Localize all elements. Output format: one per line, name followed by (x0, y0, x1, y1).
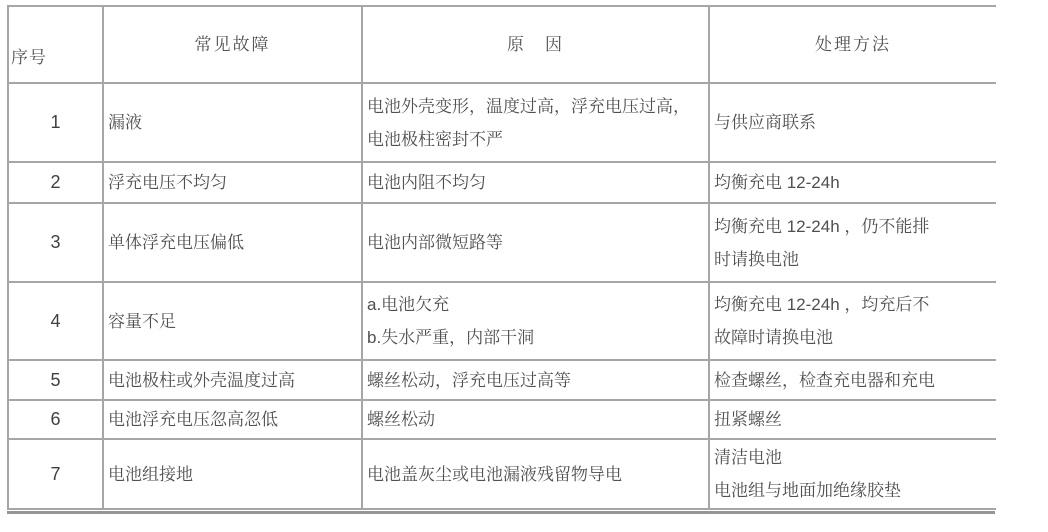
fault-table-container: 序号 常见故障 原 因 处理方法 1 漏液 电池外壳变形，温度过高，浮充电压过高… (7, 5, 995, 514)
cell-cause: 电池外壳变形，温度过高，浮充电压过高， 电池极柱密封不严 (362, 83, 709, 162)
cell-method: 均衡充电 12-24h ，均充后不 故障时请换电池 (709, 282, 996, 360)
cell-method: 扭紧螺丝 (709, 400, 996, 439)
cell-method: 均衡充电 12-24h (709, 162, 996, 203)
cell-cause: 电池内部微短路等 (362, 203, 709, 282)
header-no: 序号 (8, 6, 103, 83)
cell-fault: 电池组接地 (103, 439, 362, 509)
header-fault: 常见故障 (103, 6, 362, 83)
cell-fault: 单体浮充电压偏低 (103, 203, 362, 282)
table-row: 4 容量不足 a.电池欠充 b.失水严重，内部干洞 均衡充电 12-24h ，均… (8, 282, 996, 360)
header-cause: 原 因 (362, 6, 709, 83)
cell-cause: 螺丝松动，浮充电压过高等 (362, 360, 709, 400)
cell-fault: 浮充电压不均匀 (103, 162, 362, 203)
cell-no: 3 (8, 203, 103, 282)
cell-fault: 电池极柱或外壳温度过高 (103, 360, 362, 400)
cell-method: 均衡充电 12-24h ，仍不能排 时请换电池 (709, 203, 996, 282)
table-row: 1 漏液 电池外壳变形，温度过高，浮充电压过高， 电池极柱密封不严 与供应商联系 (8, 83, 996, 162)
cell-fault: 漏液 (103, 83, 362, 162)
header-row: 序号 常见故障 原 因 处理方法 (8, 6, 996, 83)
cell-cause: 螺丝松动 (362, 400, 709, 439)
table-bottom-rule (7, 511, 995, 514)
table-row: 2 浮充电压不均匀 电池内阻不均匀 均衡充电 12-24h (8, 162, 996, 203)
cell-no: 2 (8, 162, 103, 203)
cell-no: 1 (8, 83, 103, 162)
cell-no: 4 (8, 282, 103, 360)
table-row: 7 电池组接地 电池盖灰尘或电池漏液残留物导电 清洁电池 电池组与地面加绝缘胶垫 (8, 439, 996, 509)
table-row: 3 单体浮充电压偏低 电池内部微短路等 均衡充电 12-24h ，仍不能排 时请… (8, 203, 996, 282)
cell-no: 7 (8, 439, 103, 509)
cell-no: 5 (8, 360, 103, 400)
cell-cause: 电池内阻不均匀 (362, 162, 709, 203)
cell-method: 检查螺丝，检查充电器和充电 (709, 360, 996, 400)
cell-cause: 电池盖灰尘或电池漏液残留物导电 (362, 439, 709, 509)
cell-method: 与供应商联系 (709, 83, 996, 162)
battery-fault-table: 序号 常见故障 原 因 处理方法 1 漏液 电池外壳变形，温度过高，浮充电压过高… (7, 5, 996, 510)
cell-cause: a.电池欠充 b.失水严重，内部干洞 (362, 282, 709, 360)
cell-fault: 电池浮充电压忽高忽低 (103, 400, 362, 439)
table-row: 6 电池浮充电压忽高忽低 螺丝松动 扭紧螺丝 (8, 400, 996, 439)
table-row: 5 电池极柱或外壳温度过高 螺丝松动，浮充电压过高等 检查螺丝，检查充电器和充电 (8, 360, 996, 400)
cell-fault: 容量不足 (103, 282, 362, 360)
cell-no: 6 (8, 400, 103, 439)
header-method: 处理方法 (709, 6, 996, 83)
cell-method: 清洁电池 电池组与地面加绝缘胶垫 (709, 439, 996, 509)
